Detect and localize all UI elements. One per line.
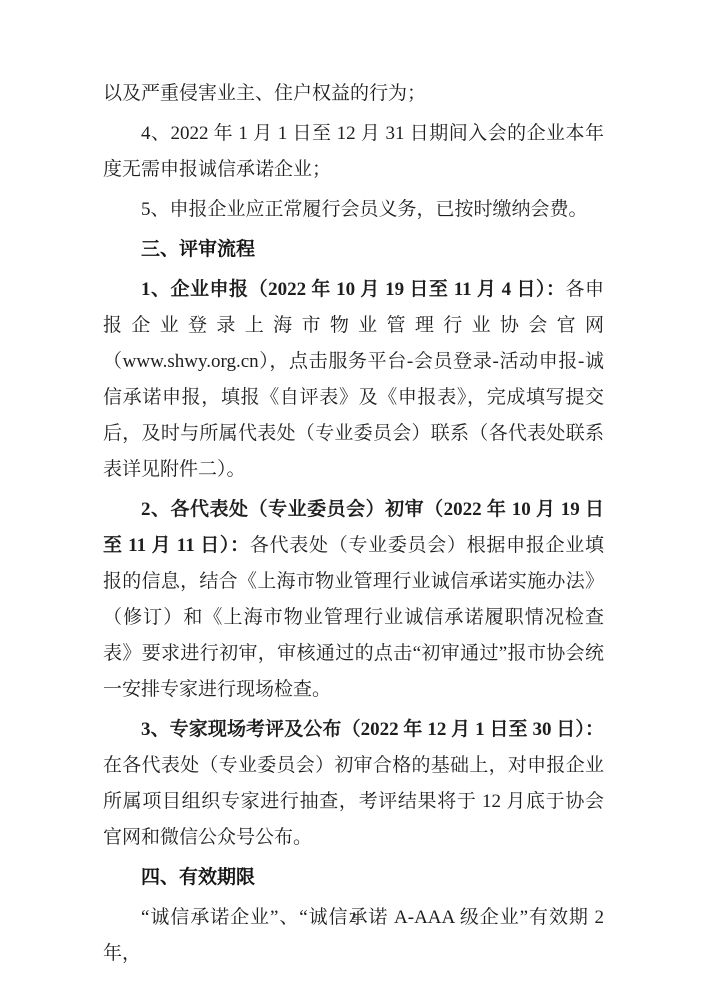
paragraph-item-5: 5、申报企业应正常履行会员义务，已按时缴纳会费。 [103,192,604,228]
page-footer: 2 [0,911,706,927]
document-body: 以及严重侵害业主、住户权益的行为； 4、2022 年 1 月 1 日至 12 月… [103,76,604,976]
section-heading-validity-period: 四、有效期限 [103,860,604,896]
paragraph-step-1-body: 各申报企业登录上海市物业管理行业协会官网（www.shwy.org.cn），点击… [103,279,604,480]
paragraph-continuation: 以及严重侵害业主、住户权益的行为； [103,76,604,112]
paragraph-step-1-lead: 1、企业申报（2022 年 10 月 19 日至 11 月 4 日）： [141,279,565,300]
paragraph-step-2-body: 各代表处（专业委员会）根据申报企业填报的信息，结合《上海市物业管理行业诚信承诺实… [103,535,604,700]
paragraph-step-2: 2、各代表处（专业委员会）初审（2022 年 10 月 19 日至 11 月 1… [103,492,604,708]
section-heading-review-process: 三、评审流程 [103,232,604,268]
paragraph-step-3-body: 在各代表处（专业委员会）初审合格的基础上，对申报企业所属项目组织专家进行抽查，考… [103,755,604,848]
paragraph-step-1: 1、企业申报（2022 年 10 月 19 日至 11 月 4 日）：各申报企业… [103,272,604,488]
page-number: 2 [350,911,357,926]
document-page: 以及严重侵害业主、住户权益的行为； 4、2022 年 1 月 1 日至 12 月… [0,0,706,1000]
paragraph-step-3: 3、专家现场考评及公布（2022 年 12 月 1 日至 30 日）：在各代表处… [103,712,604,856]
paragraph-step-3-lead: 3、专家现场考评及公布（2022 年 12 月 1 日至 30 日）： [141,719,604,740]
paragraph-item-4: 4、2022 年 1 月 1 日至 12 月 31 日期间入会的企业本年度无需申… [103,116,604,188]
